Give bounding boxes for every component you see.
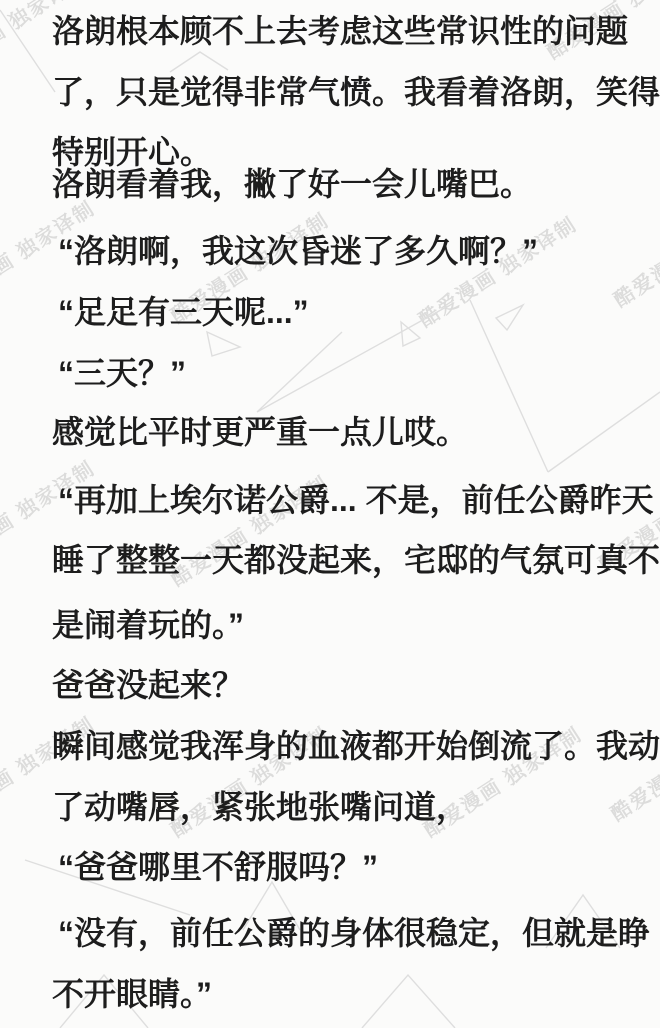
text-line: 了，只是觉得非常气愤。我看着洛朗，笑得: [52, 74, 660, 111]
text-line: 爸爸没起来？: [52, 667, 244, 704]
text-line: 不开眼睛。”: [52, 976, 212, 1013]
watermark-text: 酷爱漫画 独家译制: [607, 188, 660, 312]
text-line: “足足有三天呢...”: [58, 294, 309, 331]
text-line: “爸爸哪里不舒服吗？”: [58, 849, 378, 886]
text-line: “三天？”: [58, 355, 186, 392]
novel-text-page: 酷爱漫画 独家译制 酷爱漫画 独家译制 酷爱漫画 独家译制 酷爱漫画 独家译制 …: [0, 0, 660, 1028]
text-line: “洛朗啊，我这次昏迷了多久啊？”: [58, 233, 538, 270]
text-line: 洛朗根本顾不上去考虑这些常识性的问题: [52, 13, 628, 50]
text-line: 了动嘴唇，紧张地张嘴问道，: [52, 789, 468, 826]
watermark-text: 酷爱漫画 独家译制: [412, 208, 582, 332]
text-line: 是闹着玩的。”: [52, 607, 244, 644]
text-line: 洛朗看着我，撇了好一会儿嘴巴。: [52, 166, 532, 203]
text-line: 感觉比平时更严重一点儿哎。: [52, 414, 468, 451]
text-line: 睡了整整一天都没起来，宅邸的气氛可真不: [52, 542, 660, 579]
text-line: “没有，前任公爵的身体很稳定，但就是睁: [58, 915, 650, 952]
text-line: 瞬间感觉我浑身的血液都开始倒流了。我动: [52, 728, 660, 765]
text-line: “再加上埃尔诺公爵... 不是，前任公爵昨天: [58, 482, 654, 519]
